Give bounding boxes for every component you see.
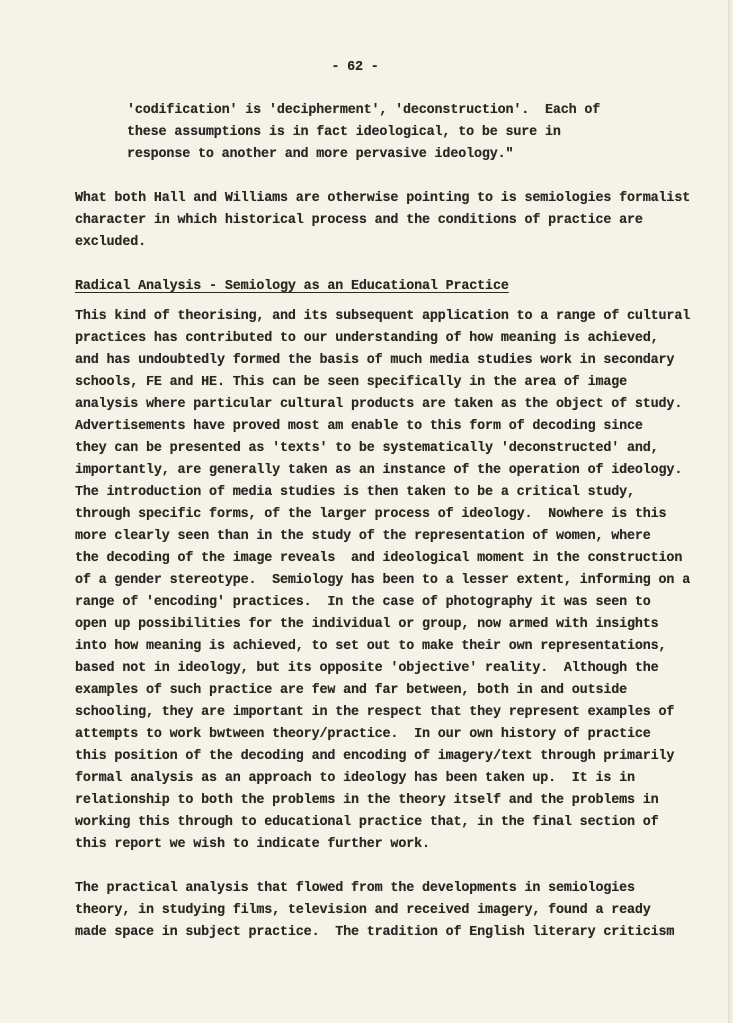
paragraph-line: made space in subject practice. The trad… — [75, 924, 674, 942]
paragraph-line: schools, FE and HE. This can be seen spe… — [75, 374, 627, 392]
document-page: - 62 - 'codification' is 'decipherment',… — [0, 0, 730, 1023]
paragraph-line: importantly, are generally taken as an i… — [75, 462, 682, 480]
paragraph-line: examples of such practice are few and fa… — [75, 682, 627, 700]
paragraph-line: into how meaning is achieved, to set out… — [75, 638, 666, 656]
paragraph-line: based not in ideology, but its opposite … — [75, 660, 659, 678]
paragraph-line: character in which historical process an… — [75, 212, 643, 230]
paragraph-line: open up possibilities for the individual… — [75, 616, 659, 634]
paragraph-line: through specific forms, of the larger pr… — [75, 506, 666, 524]
paragraph-line: the decoding of the image reveals and id… — [75, 550, 682, 568]
paragraph-line: working this through to educational prac… — [75, 814, 659, 832]
paragraph-line: What both Hall and Williams are otherwis… — [75, 190, 690, 208]
paragraph-line: formal analysis as an approach to ideolo… — [75, 770, 635, 788]
paragraph-line: practices has contributed to our underst… — [75, 330, 659, 348]
paragraph-line: attempts to work bwtween theory/practice… — [75, 726, 651, 744]
paragraph-line: they can be presented as 'texts' to be s… — [75, 440, 659, 458]
paragraph-line: The introduction of media studies is the… — [75, 484, 635, 502]
paragraph-line: and has undoubtedly formed the basis of … — [75, 352, 674, 370]
paragraph-line: This kind of theorising, and its subsequ… — [75, 308, 690, 326]
paragraph-line: schooling, they are important in the res… — [75, 704, 674, 722]
paragraph-line: relationship to both the problems in the… — [75, 792, 659, 810]
quote-line: these assumptions is in fact ideological… — [127, 124, 561, 142]
quote-line: 'codification' is 'decipherment', 'decon… — [127, 102, 600, 120]
paragraph-line: excluded. — [75, 234, 146, 252]
quote-line: response to another and more pervasive i… — [127, 146, 513, 164]
paragraph-line: this position of the decoding and encodi… — [75, 748, 674, 766]
paragraph-line: theory, in studying films, television an… — [75, 902, 651, 920]
paragraph-line: Advertisements have proved most am enabl… — [75, 418, 643, 436]
section-heading: Radical Analysis - Semiology as an Educa… — [75, 278, 509, 296]
paragraph-line: The practical analysis that flowed from … — [75, 880, 635, 898]
paragraph-line: more clearly seen than in the study of t… — [75, 528, 651, 546]
paragraph-line: analysis where particular cultural produ… — [75, 396, 682, 414]
page-number: - 62 - — [0, 60, 710, 75]
paragraph-line: range of 'encoding' practices. In the ca… — [75, 594, 651, 612]
paragraph-line: this report we wish to indicate further … — [75, 836, 430, 854]
paragraph-line: of a gender stereotype. Semiology has be… — [75, 572, 690, 590]
